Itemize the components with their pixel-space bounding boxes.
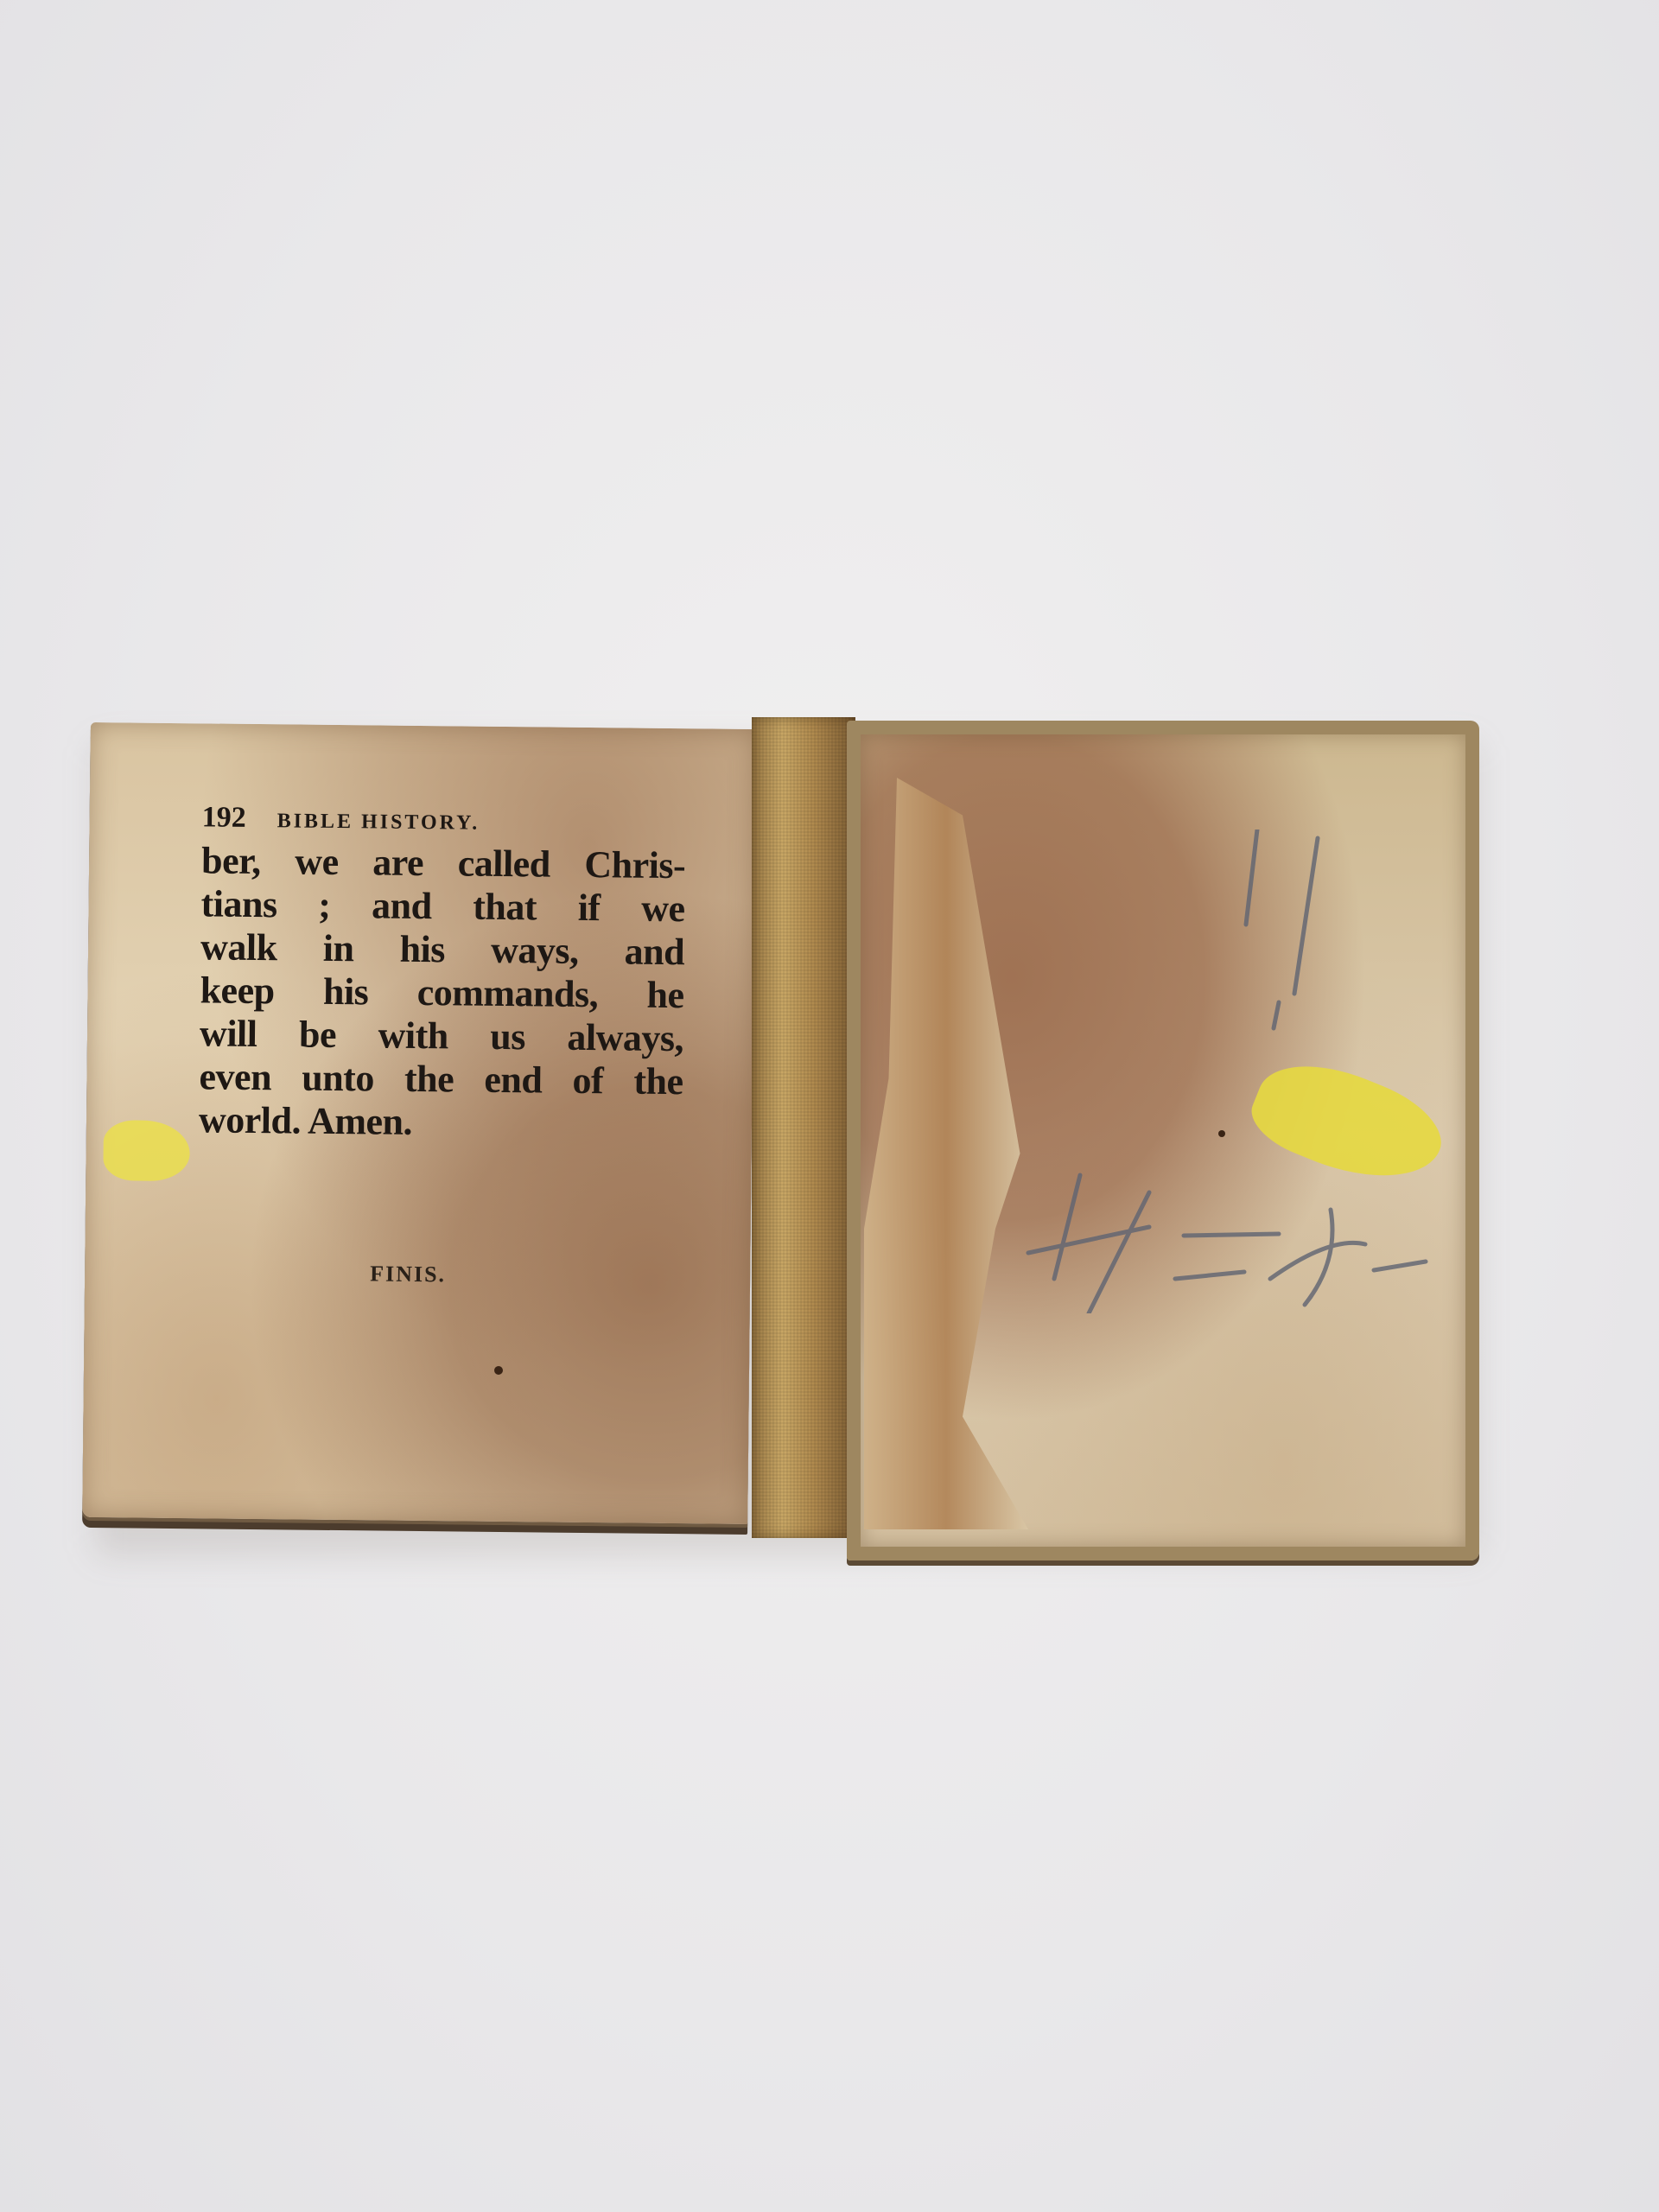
running-head-title: BIBLE HISTORY. bbox=[277, 810, 480, 835]
finis-text: FINIS. bbox=[370, 1261, 446, 1287]
yellow-mark-left bbox=[103, 1120, 190, 1181]
text-line: even unto the end of the bbox=[199, 1055, 683, 1103]
text-line: world. Amen. bbox=[199, 1098, 683, 1147]
cloth-spine bbox=[752, 717, 855, 1538]
page-number: 192 bbox=[201, 801, 245, 835]
text-line: keep his commands, he bbox=[200, 969, 683, 1017]
pencil-marks-icon bbox=[1020, 829, 1452, 1313]
text-line: walk in his ways, and bbox=[200, 925, 684, 974]
running-head: 192 BIBLE HISTORY. bbox=[201, 801, 685, 839]
page-text: 192 BIBLE HISTORY. ber, we are called Ch… bbox=[199, 801, 686, 1147]
left-page: 192 BIBLE HISTORY. ber, we are called Ch… bbox=[82, 722, 756, 1524]
text-line: will be with us always, bbox=[200, 1012, 683, 1060]
ink-spot bbox=[494, 1366, 503, 1375]
text-line: tians ; and that if we bbox=[200, 882, 684, 931]
open-book: 192 BIBLE HISTORY. ber, we are called Ch… bbox=[86, 726, 1469, 1538]
text-line: ber, we are called Chris- bbox=[201, 839, 685, 887]
